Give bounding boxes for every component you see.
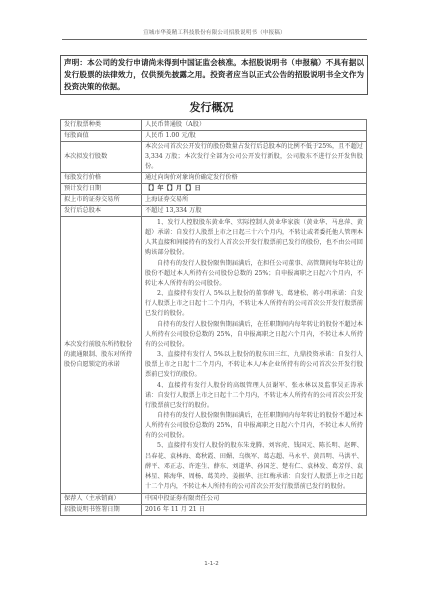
table-row: 发行后总股本 不超过 13,334 万股 (61, 206, 367, 217)
commitment-paragraph: 自持有的发行人股份限售期届满后，在担任公司董事、高管期间每年转让的股份不超过本人… (145, 259, 363, 289)
sponsor-value: 中国中投证券有限责任公司 (142, 494, 367, 505)
row-label: 拟上市的证券交易所 (61, 195, 142, 206)
sign-date-label: 招股说明书签署日期 (61, 505, 142, 516)
row-value: 人民币 1.00 元/股 (142, 131, 367, 142)
table-row: 每股发行价格 通过向询价对象询价确定发行价格 (61, 173, 367, 184)
table-row: 发行股票种类 人民币普通股（A股） (61, 120, 367, 131)
row-label: 发行股票种类 (61, 120, 142, 131)
table-row: 每股面值 人民币 1.00 元/股 (61, 131, 367, 142)
sign-date-value: 2016 年 11 月 21 日 (142, 505, 367, 516)
lockup-commitments: 1、发行人控股股东黄业华、实际控制人黄业华家族（黄业华、马息萍、黄超）承诺：自发… (142, 217, 367, 494)
row-value: 不超过 13,334 万股 (142, 206, 367, 217)
row-label: 发行后总股本 (61, 206, 142, 217)
table-row: 招股说明书签署日期 2016 年 11 月 21 日 (61, 505, 367, 516)
table-row: 本次拟发行股数 本次公司首次公开发行的股份数量占发行后总股本的比例不低于25%，… (61, 142, 367, 173)
lockup-row: 本次发行前股东所持股份的流通限制、股东对所持股份自愿锁定的承诺 1、发行人控股股… (61, 217, 367, 494)
offering-overview-table: 发行股票种类 人民币普通股（A股） 每股面值 人民币 1.00 元/股 本次拟发… (60, 119, 367, 516)
table-row: 预计发行日期 【】年【】月【】日 (61, 184, 367, 195)
row-value: 本次公司首次公开发行的股份数量占发行后总股本的比例不低于25%，且不超过 3,3… (142, 142, 367, 173)
section-title: 发行概况 (0, 99, 423, 115)
disclaimer-notice: 声明：本公司的发行申请尚未得到中国证监会核准。本招股说明书（申报稿）不具有据以发… (60, 55, 368, 95)
commitment-paragraph: 1、发行人控股股东黄业华、实际控制人黄业华家族（黄业华、马息萍、黄超）承诺：自发… (145, 218, 363, 259)
commitment-paragraph: 5、直接持有发行人股份的股东朱龙腾、刘容虎、钱国元、陈长明、赵晖、吕春花、袁林海… (145, 441, 363, 492)
header-rule (62, 39, 367, 40)
commitment-paragraph: 3、直接持有发行人 5%以上股份的股东田三红、九鼎投资承诺：自发行人股票上市之日… (145, 350, 363, 380)
commitment-paragraph: 4、直接持有发行人股份的高级管理人员谢军、张永林以及监事吴正涛承诺：自发行人股票… (145, 381, 363, 411)
row-label: 每股面值 (61, 131, 142, 142)
sponsor-label: 保荐人（主承销商） (61, 494, 142, 505)
row-value: 【】年【】月【】日 (142, 184, 367, 195)
row-value: 人民币普通股（A股） (142, 120, 367, 131)
commitment-paragraph: 自持有的发行人股份限售期届满后，在任职期间内每年转让的股份不超过本人所持有公司股… (145, 411, 363, 441)
row-label: 本次拟发行股数 (61, 142, 142, 173)
running-header: 宣城市华菱精工科技股份有限公司招股说明书（申报稿） (62, 28, 367, 36)
table-row: 拟上市的证券交易所 上海证券交易所 (61, 195, 367, 206)
row-label: 每股发行价格 (61, 173, 142, 184)
lockup-label-text: 本次发行前股东所持股份的流通限制、股东对所持股份自愿锁定的承诺 (64, 341, 132, 368)
row-value: 通过向询价对象询价确定发行价格 (142, 173, 367, 184)
lockup-label: 本次发行前股东所持股份的流通限制、股东对所持股份自愿锁定的承诺 (61, 217, 142, 494)
commitment-paragraph: 2、直接持有发行人 5%以上股份的董事薛飞、葛建松、蒋小明承诺：自发行人股票上市… (145, 289, 363, 319)
page-number: 1-1-2 (0, 561, 423, 567)
row-value: 上海证券交易所 (142, 195, 367, 206)
commitment-paragraph: 自持有的发行人股份限售期届满后，在任职期间内每年转让的股份不超过本人所持有公司股… (145, 320, 363, 350)
table-row: 保荐人（主承销商） 中国中投证券有限责任公司 (61, 494, 367, 505)
row-label: 预计发行日期 (61, 184, 142, 195)
